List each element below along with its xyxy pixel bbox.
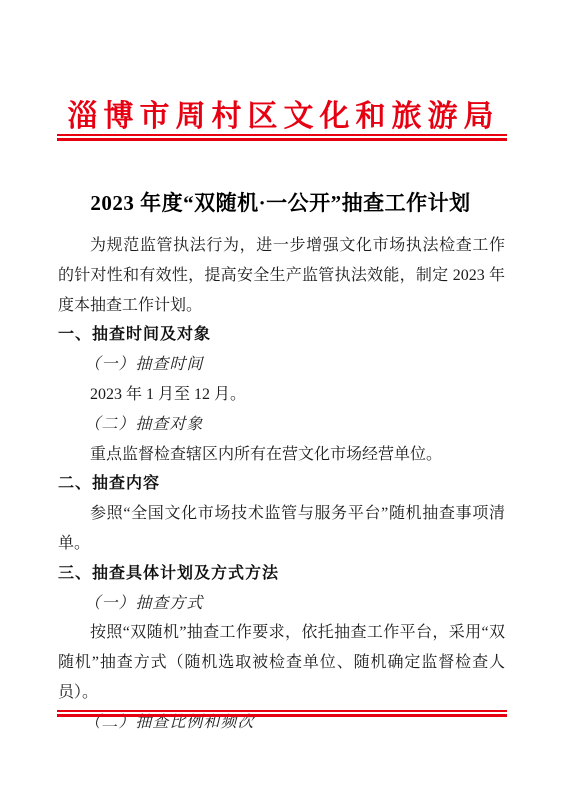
document-page: 淄博市周村区文化和旅游局 2023 年度“双随机·一公开”抽查工作计划 为规范监… <box>0 0 561 795</box>
agency-name: 淄博市周村区文化和旅游局 <box>68 91 500 135</box>
paragraph: 参照“全国文化市场技术监管与服务平台”随机抽查事项清单。 <box>58 499 505 559</box>
section-heading: 二、抽查内容 <box>58 469 505 499</box>
sub-heading: （一）抽查方式 <box>58 589 505 619</box>
paragraph: 2023 年 1 月至 12 月。 <box>58 380 505 410</box>
paragraph: 重点监督检查辖区内所有在营文化市场经营单位。 <box>58 440 505 470</box>
letterhead: 淄博市周村区文化和旅游局 <box>0 91 561 135</box>
sub-heading: （二）抽查对象 <box>58 410 505 440</box>
sub-heading: （一）抽查时间 <box>58 350 505 380</box>
header-divider <box>57 134 507 141</box>
document-title: 2023 年度“双随机·一公开”抽查工作计划 <box>30 187 531 217</box>
paragraph: 按照“双随机”抽查工作要求，依托抽查工作平台，采用“双随机”抽查方式（随机选取被… <box>58 618 505 707</box>
footer-divider <box>57 710 507 717</box>
document-body: 为规范监管执法行为，进一步增强文化市场执法检查工作的针对性和有效性，提高安全生产… <box>58 231 505 738</box>
section-heading: 三、抽查具体计划及方式方法 <box>58 559 505 589</box>
section-heading: 一、抽查时间及对象 <box>58 320 505 350</box>
paragraph: 为规范监管执法行为，进一步增强文化市场执法检查工作的针对性和有效性，提高安全生产… <box>58 231 505 320</box>
